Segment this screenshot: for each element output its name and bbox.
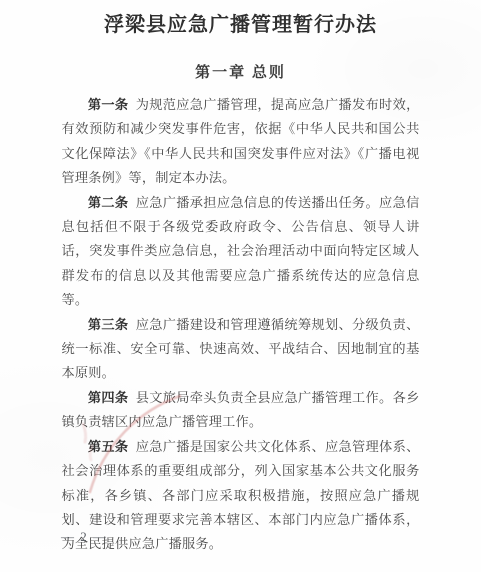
article-4-label: 第四条 bbox=[88, 390, 129, 405]
article-5-text: 应急广播是国家公共文化体系、应急管理体系、社会治理体系的重要组成部分，列入国家基… bbox=[62, 439, 420, 552]
article-5: 第五条应急广播是国家公共文化体系、应急管理体系、社会治理体系的重要组成部分，列入… bbox=[62, 435, 420, 557]
article-2-label: 第二条 bbox=[88, 195, 129, 210]
document-body: 第一条为规范应急广播管理，提高应急广播发布时效，有效预防和减少突发事件危害，依据… bbox=[62, 93, 420, 557]
article-1: 第一条为规范应急广播管理，提高应急广播发布时效，有效预防和减少突发事件危害，依据… bbox=[62, 93, 420, 191]
article-3-label: 第三条 bbox=[88, 317, 129, 332]
article-4: 第四条县文旅局牵头负责全县应急广播管理工作。各乡镇负责辖区内应急广播管理工作。 bbox=[62, 386, 420, 435]
article-3: 第三条应急广播建设和管理遵循统筹规划、分级负责、统一标准、安全可靠、快速高效、平… bbox=[62, 313, 420, 386]
document-title: 浮梁县应急广播管理暂行办法 bbox=[0, 0, 481, 37]
article-5-label: 第五条 bbox=[88, 439, 129, 454]
document-page: 浮梁县应急广播管理暂行办法 第一章 总则 第一条为规范应急广播管理，提高应急广播… bbox=[0, 0, 481, 572]
chapter-heading: 第一章 总则 bbox=[0, 64, 481, 82]
article-2: 第二条应急广播承担应急信息的传送播出任务。应急信息包括但不限于各级党委政府政令、… bbox=[62, 191, 420, 313]
article-2-text: 应急广播承担应急信息的传送播出任务。应急信息包括但不限于各级党委政府政令、公告信… bbox=[62, 195, 420, 308]
article-1-label: 第一条 bbox=[88, 97, 129, 112]
page-number: — 2 — bbox=[61, 529, 108, 545]
